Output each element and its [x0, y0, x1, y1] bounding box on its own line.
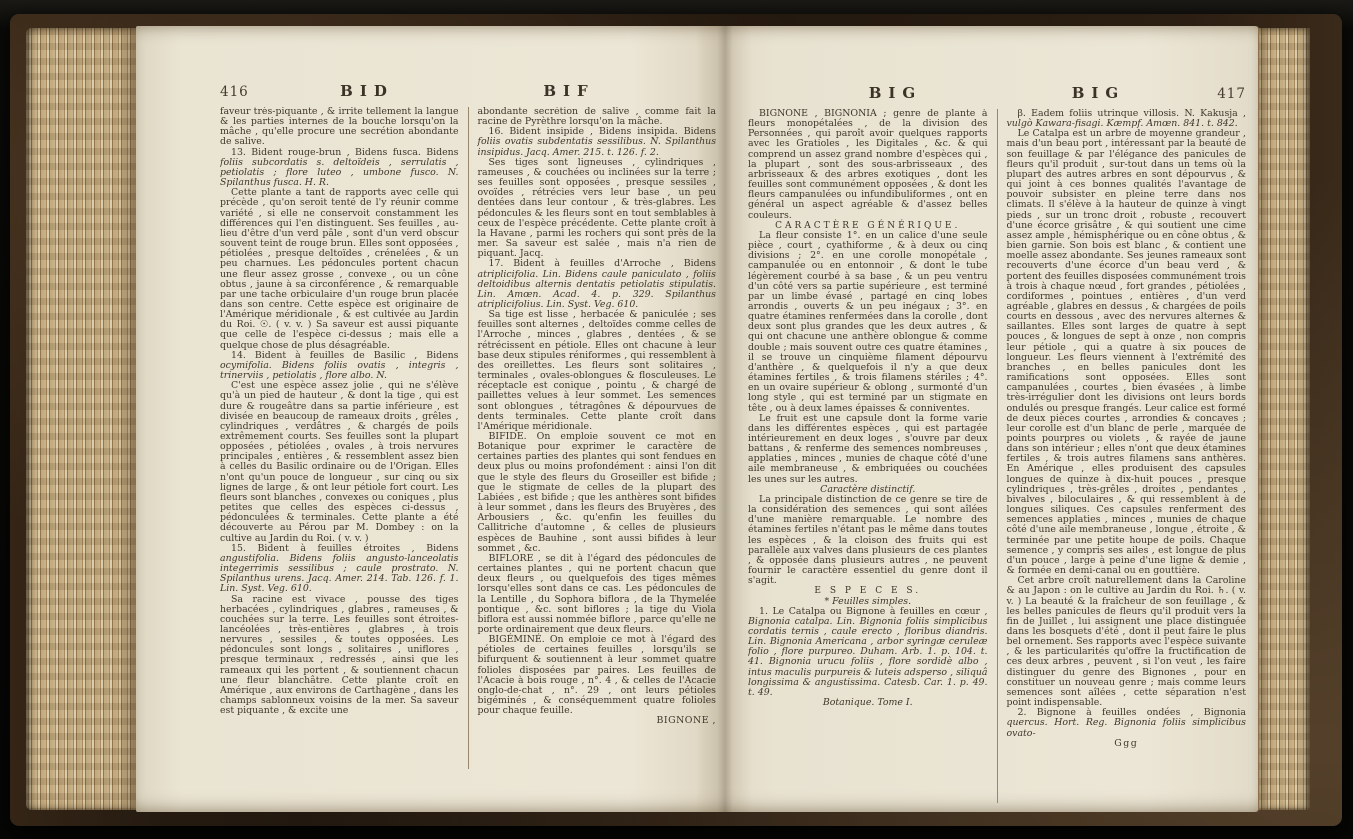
- paragraph: La principale distinction de ce genre se…: [748, 495, 988, 586]
- species-entry: 15. Bident à feuilles étroites , Bidens …: [220, 544, 459, 595]
- section-heading: E S P E C E S.: [748, 586, 988, 596]
- running-head-big-2: BIG: [997, 84, 1200, 102]
- page-left: 416 BID BIF faveur très-piquante , & irr…: [220, 82, 716, 769]
- paragraph: La fleur consiste 1°. en un calice d'une…: [748, 231, 988, 414]
- right-page-column-2: β. Eadem foliis utrinque villosis. N. Ka…: [997, 109, 1247, 803]
- page-right: BIG BIG 417 BIGNONE , BIGNONIA ; genre d…: [748, 84, 1246, 803]
- fore-edge-right-pages: [1256, 28, 1310, 810]
- right-page-header: BIG BIG 417: [748, 84, 1246, 102]
- species-entry: 1. Le Catalpa ou Bignone à feuilles en c…: [748, 607, 988, 698]
- paragraph: Sa tige est lisse , herbacée & paniculée…: [478, 310, 717, 432]
- paragraph: C'est une espèce assez jolie , qui ne s'…: [220, 381, 459, 544]
- paragraph: Ses tiges sont ligneuses , cylindriques …: [478, 158, 717, 260]
- right-page-columns: BIGNONE , BIGNONIA ; genre de plante à f…: [748, 109, 1246, 803]
- species-entry: 17. Bident à feuilles d'Arroche , Bidens…: [478, 259, 717, 310]
- signature-mark: Ggg: [1007, 739, 1247, 749]
- paragraph: Cet arbre croît naturellement dans la Ca…: [1007, 576, 1247, 708]
- paragraph: BIFLORE , se dit à l'égard des pédoncule…: [478, 554, 717, 635]
- species-entry: 16. Bident insipide , Bidens insipida. B…: [478, 127, 717, 157]
- paragraph: Le fruit est une capsule dont la forme v…: [748, 414, 988, 485]
- left-page-column-2: abondante secrétion de salive , comme fa…: [468, 107, 717, 769]
- paragraph: Cette plante a tant de rapports avec cel…: [220, 188, 459, 351]
- running-head-bid: BID: [266, 82, 468, 100]
- paragraph-continuation: faveur très-piquante , & irrite tellemen…: [220, 107, 459, 148]
- page-number-right: 417: [1200, 86, 1246, 102]
- paragraph: BIFIDE. On emploie souvent ce mot en Bot…: [478, 432, 717, 554]
- paragraph: BIGÉMINÉ. On emploie ce mot à l'égard de…: [478, 635, 717, 716]
- paragraph: Sa racine est vivace , pousse des tiges …: [220, 595, 459, 717]
- left-page-column-1: faveur très-piquante , & irrite tellemen…: [220, 107, 459, 769]
- paragraph: Le Catalpa est un arbre de moyenne grand…: [1007, 129, 1247, 576]
- species-entry: 14. Bident à feuilles de Basilic , Biden…: [220, 351, 459, 381]
- tome-footer: Botanique. Tome I.: [748, 698, 988, 708]
- right-page-column-1: BIGNONE , BIGNONIA ; genre de plante à f…: [748, 109, 988, 803]
- paragraph-continuation: abondante secrétion de salive , comme fa…: [478, 107, 717, 127]
- left-page-columns: faveur très-piquante , & irrite tellemen…: [220, 107, 716, 769]
- fore-edge-left-pages: [26, 28, 138, 810]
- running-head-bif: BIF: [468, 82, 670, 100]
- page-number-left: 416: [220, 84, 266, 100]
- species-entry: 2. Bignone à feuilles ondées , Bignonia …: [1007, 708, 1247, 738]
- species-entry: β. Eadem foliis utrinque villosis. N. Ka…: [1007, 109, 1247, 129]
- left-page-header: 416 BID BIF: [220, 82, 716, 100]
- species-entry: 13. Bident rouge-brun , Bidens fusca. Bi…: [220, 148, 459, 189]
- paragraph: BIGNONE , BIGNONIA ; genre de plante à f…: [748, 109, 988, 221]
- open-pages: 416 BID BIF faveur très-piquante , & irr…: [136, 26, 1258, 812]
- book-cover: 416 BID BIF faveur très-piquante , & irr…: [10, 14, 1342, 826]
- catchword: BIGNONE ,: [478, 716, 717, 726]
- running-head-big-1: BIG: [794, 84, 997, 102]
